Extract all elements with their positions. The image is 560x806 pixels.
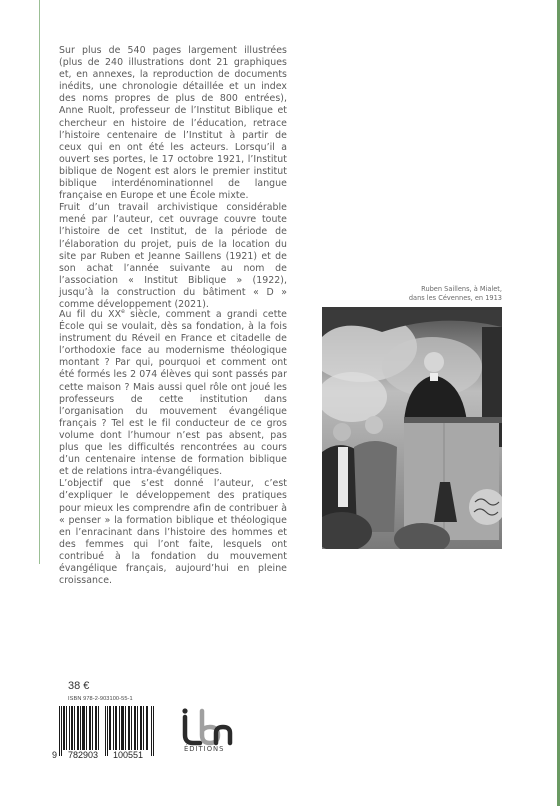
- caption-line: dans les Cévennes, en 1913: [390, 294, 502, 303]
- description-block-1: Sur plus de 540 pages largement illustré…: [59, 45, 287, 311]
- barcode-digits-left: 782903: [67, 750, 99, 760]
- paragraph: Sur plus de 540 pages largement illustré…: [59, 45, 287, 202]
- photo-illustration: [322, 307, 502, 549]
- barcode-icon: [59, 706, 155, 756]
- barcode-digits-right: 100551: [112, 750, 144, 760]
- barcode-digit-prefix: 9: [51, 750, 58, 760]
- description-block-2: Au fil du XXe siècle, comment a grandi c…: [59, 309, 287, 587]
- photo-caption: Ruben Saillens, à Mialet, dans les Céven…: [390, 285, 502, 303]
- publisher-logo-icon: [180, 705, 240, 750]
- text-run: siècle, comment a grandi cette École qui…: [59, 309, 287, 477]
- text-run: Au fil du XX: [59, 309, 121, 320]
- paragraph: L’objectif que s’est donné l’auteur, c’e…: [59, 478, 287, 587]
- paragraph: Fruit d’un travail archivistique considé…: [59, 202, 287, 311]
- historical-photo: [322, 307, 502, 549]
- price: 38 €: [68, 680, 89, 692]
- paragraph: Au fil du XXe siècle, comment a grandi c…: [59, 309, 287, 478]
- caption-line: Ruben Saillens, à Mialet,: [390, 285, 502, 294]
- left-rule-line: [39, 0, 40, 564]
- book-back-cover: Sur plus de 540 pages largement illustré…: [0, 0, 560, 806]
- publisher-label: ÉDITIONS: [184, 745, 224, 753]
- isbn-label: ISBN 978-2-903100-55-1: [68, 696, 133, 702]
